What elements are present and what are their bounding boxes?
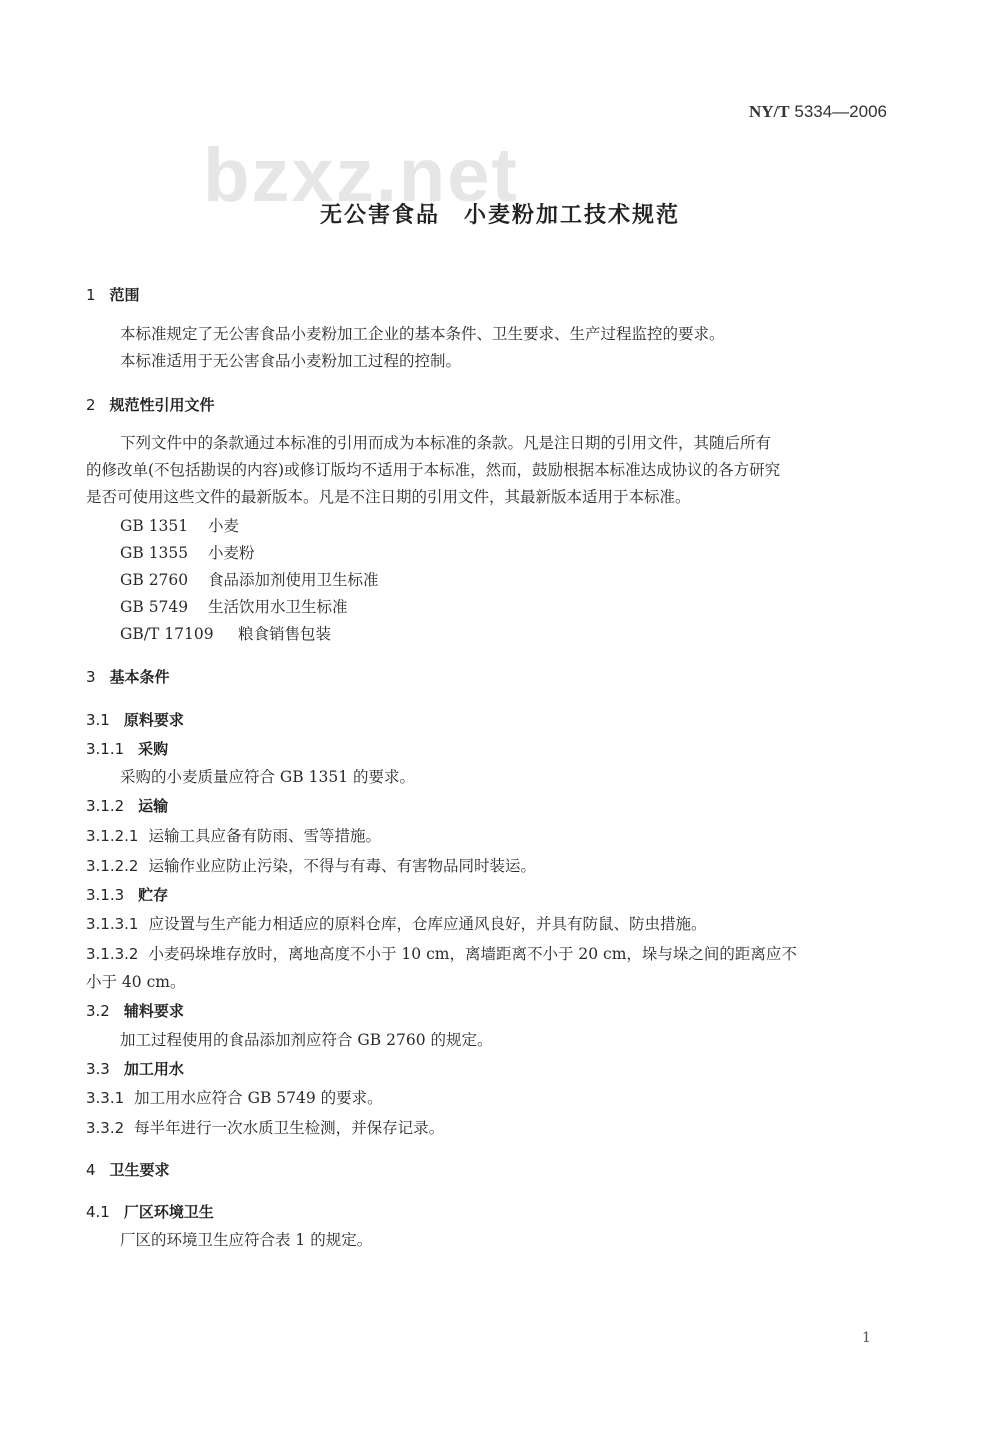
- reference-item: GB 1355小麦粉: [120, 541, 255, 563]
- paragraph: 采购的小麦质量应符合 GB 1351 的要求。: [120, 765, 415, 787]
- section-heading-3-3: 3.3加工用水: [86, 1058, 184, 1079]
- reference-item: GB 5749生活饮用水卫生标准: [120, 595, 348, 617]
- paragraph-line: 是否可使用这些文件的最新版本。凡是不注日期的引用文件，其最新版本适用于本标准。: [86, 485, 691, 507]
- clause-3-1-2-2: 3.1.2.2运输作业应防止污染，不得与有毒、有害物品同时装运。: [86, 854, 536, 876]
- section-heading-3-1: 3.1原料要求: [86, 709, 184, 730]
- clause-3-1-3-2: 3.1.3.2小麦码垛堆存放时，离地高度不小于 10 cm，离墙距离不小于 20…: [86, 942, 797, 964]
- document-title: 无公害食品 小麦粉加工技术规范: [0, 198, 1000, 229]
- reference-item: GB/T 17109粮食销售包装: [120, 622, 331, 644]
- section-heading-3-1-3: 3.1.3贮存: [86, 884, 168, 905]
- section-heading-3-2: 3.2辅料要求: [86, 1000, 184, 1021]
- section-heading-2: 2规范性引用文件: [86, 394, 215, 415]
- paragraph: 本标准规定了无公害食品小麦粉加工企业的基本条件、卫生要求、生产过程监控的要求。: [120, 322, 725, 344]
- paragraph: 本标准适用于无公害食品小麦粉加工过程的控制。: [120, 349, 461, 371]
- section-heading-3: 3基本条件: [86, 666, 170, 687]
- paragraph-line: 的修改单(不包括勘误的内容)或修订版均不适用于本标准，然而，鼓励根据本标准达成协…: [86, 458, 780, 480]
- clause-3-1-2-1: 3.1.2.1运输工具应备有防雨、雪等措施。: [86, 824, 381, 846]
- paragraph: 加工过程使用的食品添加剂应符合 GB 2760 的规定。: [120, 1028, 493, 1050]
- clause-3-1-3-2-cont: 小于 40 cm。: [86, 970, 185, 992]
- clause-3-3-1: 3.3.1加工用水应符合 GB 5749 的要求。: [86, 1086, 383, 1108]
- standard-prefix: NY/T: [749, 102, 790, 121]
- section-heading-3-1-2: 3.1.2运输: [86, 795, 168, 816]
- clause-3-3-2: 3.3.2每半年进行一次水质卫生检测，并保存记录。: [86, 1116, 444, 1138]
- standard-code: NY/T 5334—2006: [749, 102, 887, 122]
- paragraph-line: 下列文件中的条款通过本标准的引用而成为本标准的条款。凡是注日期的引用文件，其随后…: [120, 431, 771, 453]
- standard-number: 5334—2006: [794, 102, 887, 121]
- reference-item: GB 2760食品添加剂使用卫生标准: [120, 568, 379, 590]
- section-heading-1: 1范围: [86, 284, 140, 305]
- paragraph: 厂区的环境卫生应符合表 1 的规定。: [120, 1228, 372, 1250]
- page-number: 1: [862, 1330, 871, 1346]
- section-heading-4-1: 4.1厂区环境卫生: [86, 1201, 214, 1222]
- reference-item: GB 1351小麦: [120, 514, 239, 536]
- section-heading-4: 4卫生要求: [86, 1159, 170, 1180]
- section-heading-3-1-1: 3.1.1采购: [86, 738, 168, 759]
- clause-3-1-3-1: 3.1.3.1应设置与生产能力相适应的原料仓库，仓库应通风良好，并具有防鼠、防虫…: [86, 912, 707, 934]
